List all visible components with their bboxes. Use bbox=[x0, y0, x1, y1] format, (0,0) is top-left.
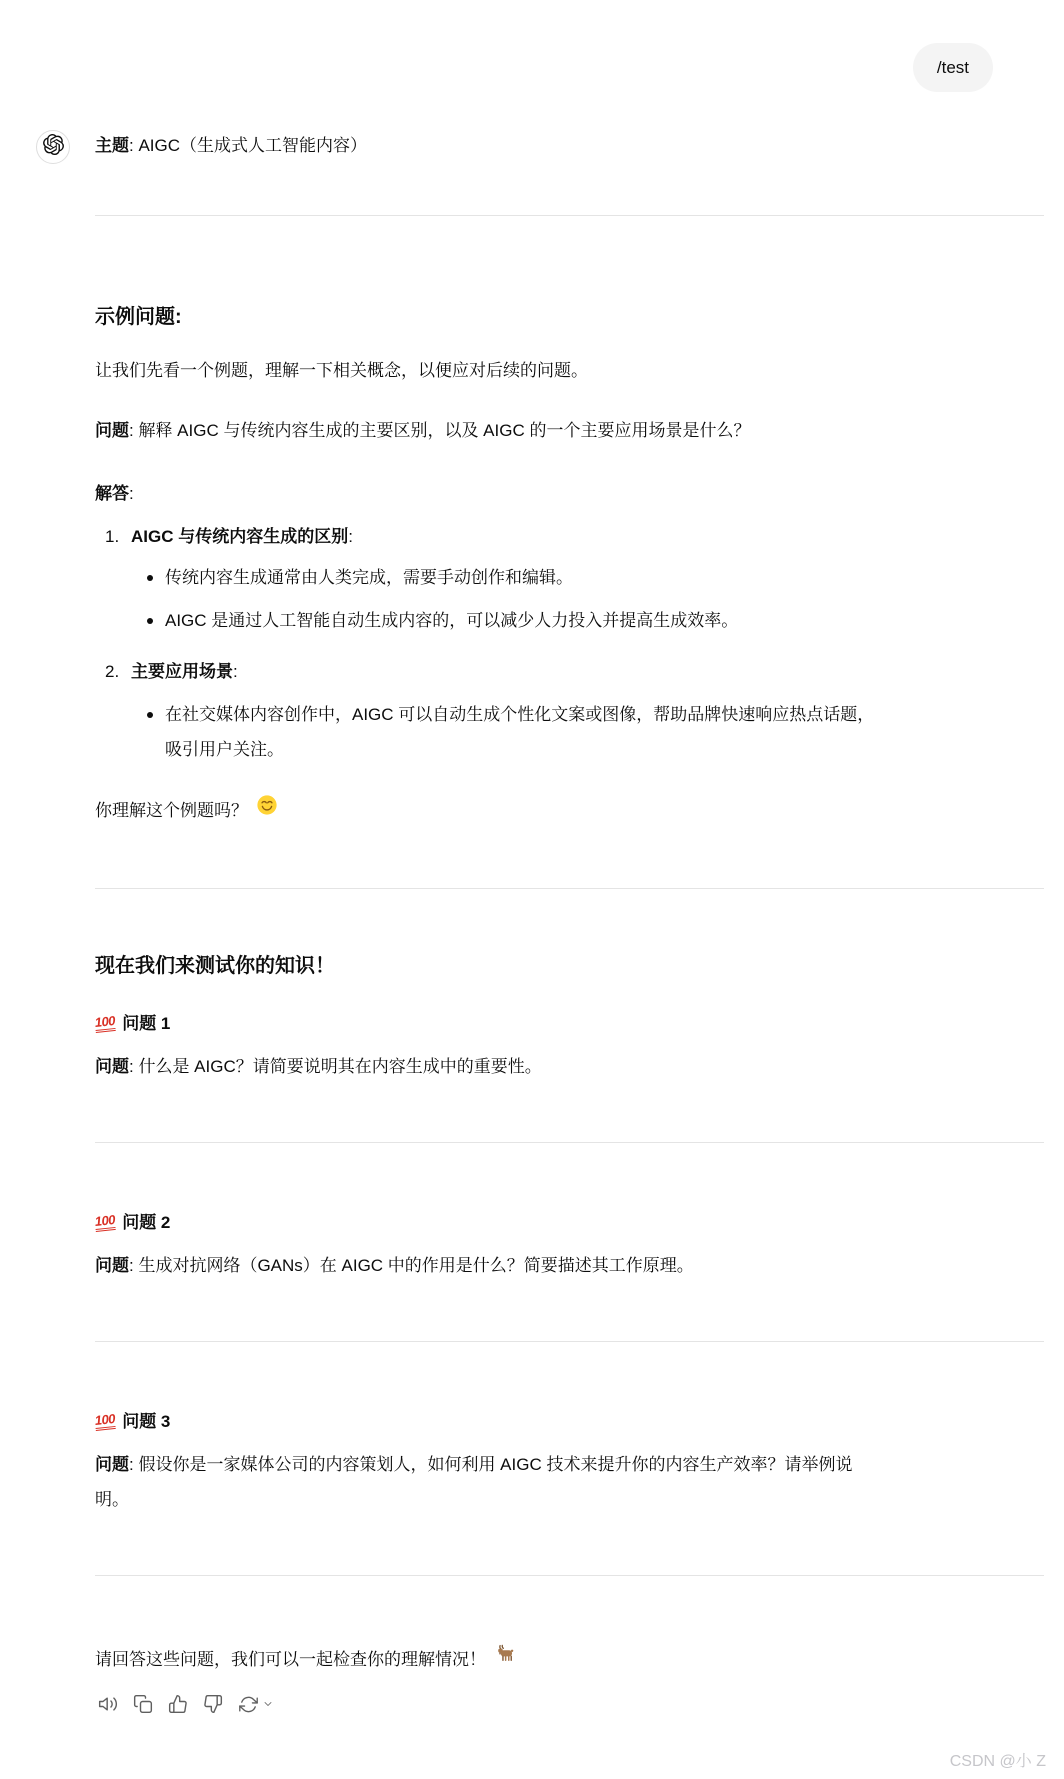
bullet-text: 在社交媒体内容创作中，AIGC 可以自动生成个性化文案或图像，帮助品牌快速响应热… bbox=[165, 697, 875, 767]
regenerate-icon[interactable] bbox=[237, 1693, 259, 1715]
assistant-message-content: 主题: AIGC（生成式人工智能内容） 示例问题: 让我们先看一个例题，理解一下… bbox=[95, 130, 1044, 1715]
message-toolbar bbox=[97, 1693, 1044, 1715]
thumbs-down-icon[interactable] bbox=[202, 1693, 224, 1715]
hundred-points-emoji: 100 bbox=[94, 1014, 116, 1032]
bullet-list: 在社交媒体内容创作中，AIGC 可以自动生成个性化文案或图像，帮助品牌快速响应热… bbox=[95, 697, 1044, 767]
list-item-title: AIGC 与传统内容生成的区别: bbox=[131, 519, 353, 554]
topic-label: 主题 bbox=[95, 136, 129, 155]
chevron-down-icon[interactable] bbox=[261, 1693, 275, 1715]
question-label: 问题 bbox=[95, 421, 129, 440]
question-1-heading: 100 问题 1 bbox=[95, 1006, 1044, 1041]
list-item: 1. AIGC 与传统内容生成的区别: bbox=[95, 519, 1044, 554]
thumbs-up-icon[interactable] bbox=[167, 1693, 189, 1715]
example-intro: 让我们先看一个例题，理解一下相关概念，以便应对后续的问题。 bbox=[95, 353, 875, 388]
question-3-title: 问题 3 bbox=[122, 1404, 170, 1439]
bullet-dot bbox=[147, 618, 153, 624]
hundred-points-emoji: 100 bbox=[94, 1412, 116, 1430]
answer-heading: 解答: bbox=[95, 476, 875, 511]
goat-emoji bbox=[495, 1642, 517, 1677]
assistant-avatar bbox=[36, 130, 70, 164]
topic-text: : AIGC（生成式人工智能内容） bbox=[129, 136, 367, 155]
watermark: CSDN @小 Z bbox=[950, 1748, 1046, 1771]
read-aloud-icon[interactable] bbox=[97, 1693, 119, 1715]
topic-line: 主题: AIGC（生成式人工智能内容） bbox=[95, 130, 1044, 162]
user-message-text: /test bbox=[937, 58, 969, 78]
bullet-list: 传统内容生成通常由人类完成，需要手动创作和编辑。 AIGC 是通过人工智能自动生… bbox=[95, 560, 1044, 638]
divider bbox=[95, 888, 1044, 889]
question-2-heading: 100 问题 2 bbox=[95, 1205, 1044, 1240]
hundred-points-emoji: 100 bbox=[94, 1213, 116, 1231]
closing-line: 请回答这些问题，我们可以一起检查你的理解情况！ bbox=[95, 1642, 875, 1677]
user-message-bubble: /test bbox=[913, 43, 993, 92]
smiling-face-emoji bbox=[256, 793, 278, 828]
openai-logo-icon bbox=[43, 134, 64, 160]
example-section-heading: 示例问题: bbox=[95, 302, 1044, 333]
bullet-dot bbox=[147, 575, 153, 581]
list-item: 在社交媒体内容创作中，AIGC 可以自动生成个性化文案或图像，帮助品牌快速响应热… bbox=[95, 697, 875, 767]
list-number: 2. bbox=[105, 654, 131, 689]
question-2-text: 问题: 生成对抗网络（GANs）在 AIGC 中的作用是什么？简要描述其工作原理… bbox=[95, 1248, 875, 1283]
divider bbox=[95, 215, 1044, 216]
question-1-text: 问题: 什么是 AIGC？请简要说明其在内容生成中的重要性。 bbox=[95, 1049, 875, 1084]
question-2-title: 问题 2 bbox=[122, 1205, 170, 1240]
quiz-section-heading: 现在我们来测试你的知识！ bbox=[95, 951, 1044, 982]
list-item: 传统内容生成通常由人类完成，需要手动创作和编辑。 bbox=[95, 560, 875, 595]
question-3-heading: 100 问题 3 bbox=[95, 1404, 1044, 1439]
example-question: 问题: 解释 AIGC 与传统内容生成的主要区别，以及 AIGC 的一个主要应用… bbox=[95, 413, 875, 448]
copy-icon[interactable] bbox=[132, 1693, 154, 1715]
question-1-title: 问题 1 bbox=[122, 1006, 170, 1041]
divider bbox=[95, 1142, 1044, 1143]
list-number: 1. bbox=[105, 519, 131, 554]
bullet-dot bbox=[147, 712, 153, 718]
divider bbox=[95, 1575, 1044, 1576]
regenerate-control[interactable] bbox=[237, 1693, 275, 1715]
list-item: AIGC 是通过人工智能自动生成内容的，可以减少人力投入并提高生成效率。 bbox=[95, 603, 875, 638]
list-item-title: 主要应用场景: bbox=[131, 654, 238, 689]
user-message-row: /test bbox=[0, 0, 1064, 92]
question-3-text: 问题: 假设你是一家媒体公司的内容策划人，如何利用 AIGC 技术来提升你的内容… bbox=[95, 1447, 875, 1517]
understand-question: 你理解这个例题吗？ bbox=[95, 793, 875, 828]
bullet-text: AIGC 是通过人工智能自动生成内容的，可以减少人力投入并提高生成效率。 bbox=[165, 603, 738, 638]
assistant-message: 主题: AIGC（生成式人工智能内容） 示例问题: 让我们先看一个例题，理解一下… bbox=[0, 130, 1064, 1715]
list-item: 2. 主要应用场景: bbox=[95, 654, 1044, 689]
bullet-text: 传统内容生成通常由人类完成，需要手动创作和编辑。 bbox=[165, 560, 573, 595]
divider bbox=[95, 1341, 1044, 1342]
